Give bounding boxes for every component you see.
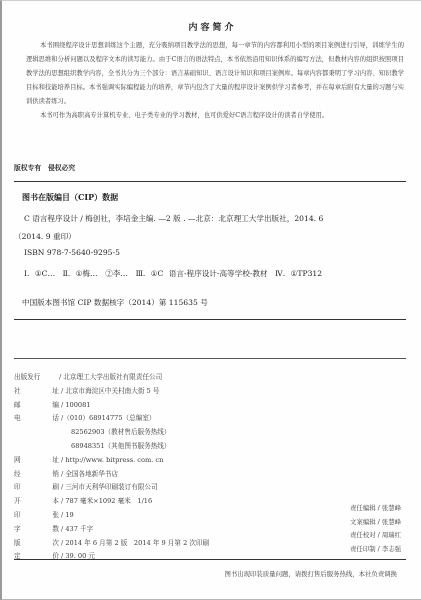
pub-label: 刷: [39, 481, 61, 495]
pub-label: 印: [14, 481, 39, 495]
cip-classification: Ⅰ. ①C… Ⅱ. ①梅… ②李… Ⅲ. ①C 语言-程序设计-高等学校-教材 …: [24, 268, 322, 279]
intro-title: 内容简介: [2, 20, 421, 33]
pub-label: 址: [39, 454, 61, 468]
pub-value: / http://www. bitpress. com. cn: [61, 454, 163, 468]
editor-entry: 责任校对 / 周瑞红: [350, 529, 401, 543]
cip-main-entry: C 语言程序设计 / 梅创社，李培金主编. —2 版 . —北京：北京理工大学出…: [24, 213, 323, 224]
pub-label: 价: [39, 550, 61, 564]
pub-value: /（010）68914775（总编室）: [61, 412, 156, 426]
pub-value: / 100081: [61, 399, 91, 413]
pub-value: / 787 毫米×1092 毫米 1/16: [61, 495, 152, 509]
pub-label: 电: [14, 412, 39, 426]
pub-row: 82562903（教材售后服务热线）: [14, 426, 209, 440]
pub-row: 印 刷 / 三河市天利华印刷装订有限公司: [14, 481, 209, 495]
pub-row: 网 址 / http://www. bitpress. com. cn: [14, 454, 209, 468]
pub-value: / 全国各地新华书店: [61, 468, 118, 482]
pub-label: 话: [39, 412, 61, 426]
cip-reprint: （2014. 9 重印）: [14, 231, 76, 242]
pub-value: / 北京理工大学出版社有限责任公司: [59, 371, 162, 385]
pub-label: 本: [39, 495, 61, 509]
publication-info: 出版发行 / 北京理工大学出版社有限责任公司 社 址 / 北京市海淀区中关村南大…: [14, 371, 209, 564]
copyright-page: 内容简介 本书围绕程序设计思想训练这个主题，充分吸纳项目教学法的思想，每一章节的…: [0, 0, 421, 600]
pub-label: 编: [39, 399, 61, 413]
intro-paragraph: 本书围绕程序设计思想训练这个主题，充分吸纳项目教学法的思想，每一章节的内容都利用…: [26, 39, 404, 109]
pub-row: 定 价 / 39. 00 元: [14, 550, 209, 564]
pub-label: 张: [39, 509, 61, 523]
pub-row: 开 本 / 787 毫米×1092 毫米 1/16: [14, 495, 209, 509]
pub-label: 经: [14, 468, 39, 482]
intro-text: 本书围绕程序设计思想训练这个主题，充分吸纳项目教学法的思想，每一章节的内容都利用…: [26, 39, 404, 123]
pub-label: 字: [14, 523, 39, 537]
cip-record-number: 中国版本图书馆 CIP 数据核字（2014）第 115635 号: [22, 297, 208, 308]
copyright-notice: 版权专有 侵权必究: [14, 162, 75, 172]
pub-row: 68948351（其他图书服务热线）: [14, 440, 209, 454]
pub-value: / 三河市天利华印刷装订有限公司: [61, 481, 158, 495]
pub-label: 开: [14, 495, 39, 509]
pub-row: 字 数 / 437 千字: [14, 523, 209, 537]
pub-label: 址: [39, 385, 61, 399]
pub-row: 印 张 / 19: [14, 509, 209, 523]
divider: [14, 319, 406, 320]
pub-label: 次: [39, 537, 61, 551]
pub-label: 定: [14, 550, 39, 564]
intro-paragraph: 本书可作为高职高专计算机专业、电子类专业的学习教材，也可供爱好C语言程序设计的读…: [26, 109, 404, 123]
quality-notice: 图书出现印装质量问题，请拨打售后服务热线，本社负责调换: [224, 569, 397, 578]
pub-label: 网: [14, 454, 39, 468]
pub-row: 出版发行 / 北京理工大学出版社有限责任公司: [14, 371, 209, 385]
pub-row: 经 销 / 全国各地新华书店: [14, 468, 209, 482]
pub-label: 印: [14, 509, 39, 523]
pub-label: 销: [39, 468, 61, 482]
pub-label: 出版发行: [14, 371, 59, 385]
pub-value: / 北京市海淀区中关村南大街 5 号: [61, 385, 159, 399]
editors-list: 责任编辑 / 张慧峰 文案编辑 / 张慧峰 责任校对 / 周瑞红 责任印制 / …: [350, 502, 401, 556]
pub-value: / 39. 00 元: [61, 550, 95, 564]
editor-entry: 责任印制 / 李志强: [350, 543, 401, 557]
editor-entry: 文案编辑 / 张慧峰: [350, 516, 401, 530]
isbn: ISBN 978-7-5640-9295-5: [24, 248, 120, 257]
divider: [14, 358, 406, 359]
pub-label: 邮: [14, 399, 39, 413]
pub-row: 邮 编 / 100081: [14, 399, 209, 413]
pub-value: 82562903（教材售后服务热线）: [71, 426, 171, 440]
pub-value: 68948351（其他图书服务热线）: [71, 440, 171, 454]
pub-value: / 19: [61, 509, 74, 523]
divider: [14, 559, 406, 560]
pub-value: / 437 千字: [61, 523, 93, 537]
pub-row: 电 话 /（010）68914775（总编室）: [14, 412, 209, 426]
pub-row: 社 址 / 北京市海淀区中关村南大街 5 号: [14, 385, 209, 399]
pub-label: 社: [14, 385, 39, 399]
divider: [14, 181, 406, 182]
pub-label: 版: [14, 537, 39, 551]
cip-title: 图书在版编目（CIP）数据: [22, 192, 118, 203]
pub-label: 数: [39, 523, 61, 537]
editor-entry: 责任编辑 / 张慧峰: [350, 502, 401, 516]
pub-value: / 2014 年 6 月第 2 版 2014 年 9 月第 2 次印刷: [61, 537, 209, 551]
pub-row: 版 次 / 2014 年 6 月第 2 版 2014 年 9 月第 2 次印刷: [14, 537, 209, 551]
